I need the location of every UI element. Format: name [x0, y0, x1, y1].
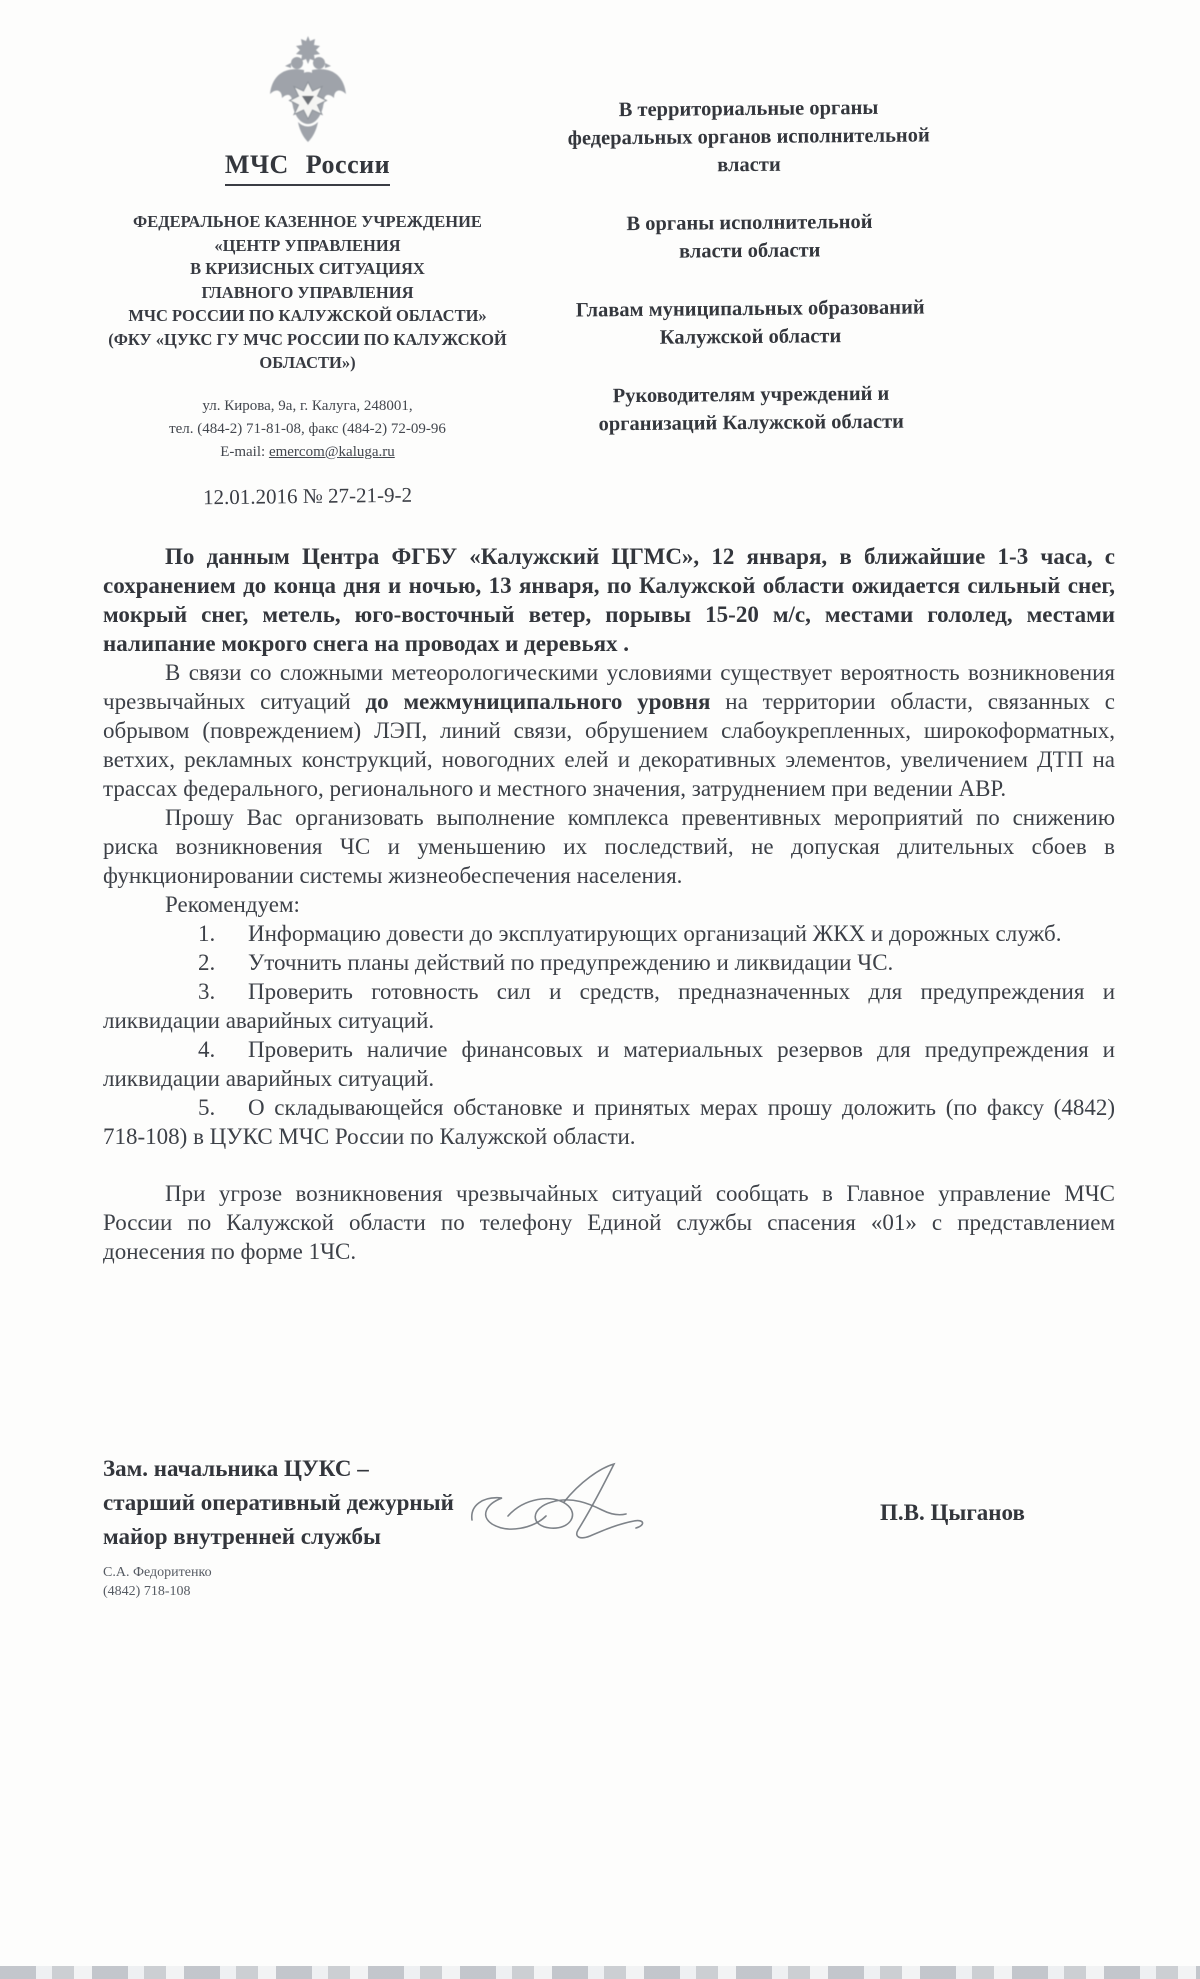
paragraph-request: Прошу Вас организовать выполнение компле… — [103, 803, 1115, 890]
scan-artifact-strip — [0, 1966, 1200, 1979]
email-line: E-mail: emercom@kaluga.ru — [85, 441, 530, 464]
signature-autograph — [468, 1458, 703, 1558]
item-text: Уточнить планы действий по предупреждени… — [248, 950, 893, 975]
recipient-item: В территориальные органы федеральных орг… — [518, 93, 979, 181]
signature-position: Зам. начальника ЦУКС – старший оперативн… — [103, 1452, 454, 1554]
agency-title: МЧС России — [85, 150, 530, 186]
item-text: Проверить наличие финансовых и материаль… — [103, 1037, 1115, 1091]
paragraph-threat-notice: При угрозе возникновения чрезвычайных си… — [103, 1179, 1115, 1266]
executor-contact: С.А. Федоритенко (4842) 718-108 — [103, 1563, 212, 1601]
institution-name: ФЕДЕРАЛЬНОЕ КАЗЕННОЕ УЧРЕЖДЕНИЕ «ЦЕНТР У… — [85, 210, 530, 375]
recipient-item: Руководителям учреждений и организаций К… — [521, 379, 981, 439]
item-number: 4. — [198, 1035, 248, 1064]
recommendation-item-3: 3.Проверить готовность сил и средств, пр… — [103, 977, 1115, 1035]
item-number: 3. — [198, 977, 248, 1006]
signatory-name: П.В. Цыганов — [880, 1500, 1025, 1526]
item-number: 2. — [198, 948, 248, 977]
recommendation-item-5: 5.О складывающейся обстановке и принятых… — [103, 1093, 1115, 1151]
recipient-item: В органы исполнительной власти области — [519, 207, 979, 267]
agency-title-text: МЧС России — [225, 150, 390, 186]
recipient-item: Главам муниципальных образований Калужск… — [520, 293, 980, 353]
recipients-block: В территориальные органы федеральных орг… — [518, 93, 981, 469]
letterhead-left: МЧС России ФЕДЕРАЛЬНОЕ КАЗЕННОЕ УЧРЕЖДЕН… — [85, 36, 530, 509]
recommendation-item-4: 4.Проверить наличие финансовых и материа… — [103, 1035, 1115, 1093]
item-number: 1. — [198, 919, 248, 948]
paragraph-forecast: По данным Центра ФГБУ «Калужский ЦГМС», … — [103, 542, 1115, 658]
document-date-number: 12.01.2016 № 27-21-9-2 — [85, 481, 530, 511]
recommendation-item-1: 1.Информацию довести до эксплуатирующих … — [103, 919, 1115, 948]
letter-body: По данным Центра ФГБУ «Калужский ЦГМС», … — [103, 542, 1115, 1266]
paragraph-risk-bold: до межмуниципального уровня — [366, 689, 711, 714]
email-label: E-mail: — [220, 444, 269, 460]
paragraph-risk: В связи со сложными метеорологическими у… — [103, 658, 1115, 803]
mchs-emblem-icon — [264, 36, 352, 144]
item-text: Проверить готовность сил и средств, пред… — [103, 979, 1115, 1033]
recommendation-item-2: 2.Уточнить планы действий по предупрежде… — [103, 948, 1115, 977]
address-block: ул. Кирова, 9а, г. Калуга, 248001, тел. … — [85, 395, 530, 441]
item-number: 5. — [198, 1093, 248, 1122]
email-address: emercom@kaluga.ru — [269, 444, 395, 460]
recommendations-label: Рекомендуем: — [103, 890, 1115, 919]
document-page: МЧС России ФЕДЕРАЛЬНОЕ КАЗЕННОЕ УЧРЕЖДЕН… — [0, 0, 1200, 1979]
item-text: Информацию довести до эксплуатирующих ор… — [248, 921, 1061, 946]
item-text: О складывающейся обстановке и принятых м… — [103, 1095, 1115, 1149]
